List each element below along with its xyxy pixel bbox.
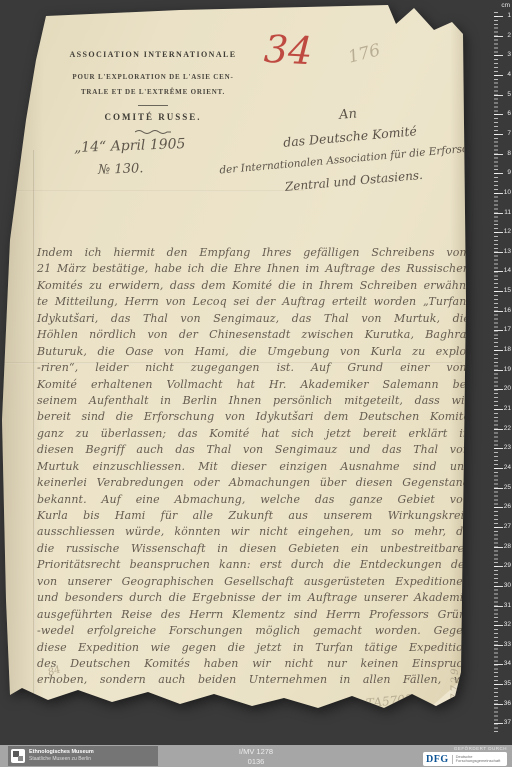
- ruler-cm-mark: 31: [494, 602, 512, 612]
- ruler-cm-mark: 16: [494, 307, 512, 317]
- ruler-cm-mark: 5: [494, 91, 512, 101]
- handwritten-line: Komités zu erwidern, dass dem Komité die…: [37, 278, 470, 294]
- ruler-cm-mark: 36: [494, 700, 512, 710]
- ruler-cm-mark: 9: [494, 169, 512, 179]
- ruler-cm-mark: 6: [494, 110, 512, 120]
- ruler-unit-label: cm: [501, 2, 510, 9]
- handwritten-line: Idykutšari, das Thal von Sengimauz, das …: [37, 311, 470, 327]
- dfg-logo: DFG Deutsche Forschungsgemeinschaft: [423, 752, 507, 766]
- handwritten-line: ganz zu überlassen; das Komité hat sich …: [37, 426, 470, 442]
- handwritten-line: ausgeführten Reise des Herrn Klementz si…: [37, 607, 470, 623]
- handwritten-line: erhoben, sondern auch beiden Unternehmen…: [37, 672, 470, 688]
- handwritten-line: te Mitteilung, Herrn von Lecoq sei der A…: [37, 294, 470, 310]
- letter-body: Indem ich hiermit den Empfang Ihres gefä…: [37, 245, 470, 689]
- handwritten-line: Indem ich hiermit den Empfang Ihres gefä…: [37, 245, 470, 261]
- ruler-cm-mark: 14: [494, 267, 512, 277]
- ruler-cm-mark: 26: [494, 503, 512, 513]
- handwritten-line: Prioritätsrecht beanspruchen kann: erst …: [37, 557, 470, 573]
- ruler-cm-mark: 7: [494, 130, 512, 140]
- letterhead-association: ASSOCIATION INTERNATIONALE: [56, 50, 250, 59]
- ruler-cm-mark: 12: [494, 228, 512, 238]
- dfg-logo-separator: [452, 755, 453, 764]
- handwritten-line: diese Expedition wie gegen die jetzt in …: [37, 640, 470, 656]
- ruler-cm-mark: 20: [494, 385, 512, 395]
- ruler-cm-mark: 29: [494, 562, 512, 572]
- ruler-cm-mark: 35: [494, 680, 512, 690]
- ruler-cm-mark: 27: [494, 523, 512, 533]
- funding-caption: GEFÖRDERT DURCH: [423, 746, 507, 751]
- handwritten-line: Höhlen nördlich von der Chinesenstadt zw…: [37, 327, 470, 343]
- handwritten-line: -riren“, leider nicht zugegangen ist. Au…: [37, 360, 470, 376]
- handwritten-letter-number: № 130.: [98, 161, 144, 178]
- ruler-cm-mark: 22: [494, 425, 512, 435]
- bottom-pencil-mark: TA5708: [365, 692, 413, 711]
- ruler-cm-mark: 28: [494, 543, 512, 553]
- ruler-cm-mark: 1: [494, 12, 512, 22]
- funding-logo: GEFÖRDERT DURCH DFG Deutsche Forschungsg…: [423, 746, 507, 766]
- handwritten-line: des Deutschen Komités haben wir nicht nu…: [37, 656, 470, 672]
- handwritten-line: keinerlei Verabredungen oder Abmachungen…: [37, 475, 470, 491]
- letterhead-subtitle-2: TRALE ET DE L'EXTRÊME ORIENT.: [56, 85, 250, 100]
- handwritten-line: die russische Wissenschaft in diesen Geb…: [37, 541, 470, 557]
- vertical-fold-crease: [33, 150, 35, 698]
- handwritten-line: ausschliessen würde, könnten wir nicht e…: [37, 524, 470, 540]
- ruler-cm-mark: 15: [494, 287, 512, 297]
- handwritten-date: „14“ April 1905: [74, 136, 186, 156]
- ruler-cm-mark: 18: [494, 346, 512, 356]
- ink-speck-2: [0, 516, 4, 526]
- handwritten-line: von unserer Geographischen Gesellschaft …: [37, 574, 470, 590]
- handwritten-line: seinem Aufenthalt in Berlin Ihnen persön…: [37, 393, 470, 409]
- handwritten-line: Kurla bis Hami für alle Zukunft aus unse…: [37, 508, 470, 524]
- paper-sheet: ASSOCIATION INTERNATIONALE POUR L'EXPLOR…: [0, 0, 470, 716]
- pencil-folio-number: 176: [346, 40, 382, 67]
- ruler-cm-mark: 33: [494, 641, 512, 651]
- letterhead-divider: [138, 105, 168, 106]
- ruler-cm-mark: 8: [494, 150, 512, 160]
- ruler-cm-mark: 24: [494, 464, 512, 474]
- handwritten-line: Buturuk, die Oase von Hami, die Umgebung…: [37, 344, 470, 360]
- ruler-cm-mark: 30: [494, 582, 512, 592]
- handwritten-line: Murtuk einzuschliessen. Mit dieser einzi…: [37, 459, 470, 475]
- ruler-cm-mark: 21: [494, 405, 512, 415]
- handwritten-line: bereit sind die Erforschung von Idykutša…: [37, 409, 470, 425]
- handwritten-line: und besonders durch die Ergebnisse der i…: [37, 590, 470, 606]
- ruler-cm-mark: 17: [494, 326, 512, 336]
- ruler-cm-mark: 34: [494, 660, 512, 670]
- letterhead-subtitle-1: POUR L'EXPLORATION DE L'ASIE CEN-: [56, 70, 250, 85]
- ruler-cm-mark: 10: [494, 189, 512, 199]
- ruler-cm-mark: 13: [494, 248, 512, 258]
- ruler-cm-mark: 37: [494, 719, 512, 729]
- cm-ruler: cm 1234567891011121314151617181920212223…: [494, 0, 512, 745]
- recipient-block: An das Deutsche Komité der International…: [215, 93, 488, 204]
- red-folio-number: 34: [263, 27, 314, 73]
- scanned-letter-viewer: ASSOCIATION INTERNATIONALE POUR L'EXPLOR…: [0, 0, 512, 767]
- edge-pencil-mark: 7729: [450, 667, 461, 700]
- ruler-cm-mark: 3: [494, 51, 512, 61]
- scan-footer-bar: Ethnologisches Museum Staatliche Museen …: [0, 745, 512, 767]
- ruler-cm-mark: 19: [494, 366, 512, 376]
- ruler-cm-mark: 25: [494, 484, 512, 494]
- ink-speck: [0, 334, 5, 343]
- ruler-cm-mark: 4: [494, 71, 512, 81]
- handwritten-line: bekannt. Auf eine Abmachung, welche das …: [37, 492, 470, 508]
- letter-page: ASSOCIATION INTERNATIONALE POUR L'EXPLOR…: [0, 0, 470, 716]
- ruler-cm-mark: 2: [494, 32, 512, 42]
- handwritten-line: 21 März bestätige, habe ich die Ehre Ihn…: [37, 261, 470, 277]
- handwritten-line: diesen Begriff auch das Thal von Sengima…: [37, 442, 470, 458]
- ruler-cm-mark: 23: [494, 444, 512, 454]
- handwritten-line: Komité erhaltenen Vollmacht hat Hr. Akad…: [37, 377, 470, 393]
- ruler-cm-mark: 32: [494, 621, 512, 631]
- dfg-full-name: Deutsche Forschungsgemeinschaft: [456, 755, 501, 764]
- flourish-divider-icon: [135, 128, 171, 136]
- handwritten-line: -wedel erfolgreiche Forschungen möglich …: [37, 623, 470, 639]
- ruler-cm-mark: 11: [494, 209, 512, 219]
- dfg-abbr: DFG: [426, 754, 449, 765]
